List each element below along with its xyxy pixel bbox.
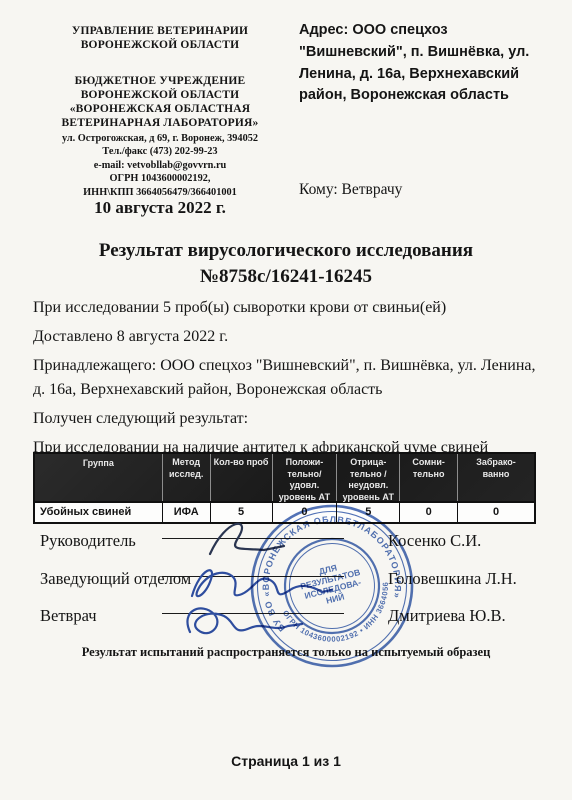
table-header-count: Кол-во проб: [210, 454, 272, 501]
org-inn-kpp: ИНН\КПП 3664056479/366401001: [38, 186, 282, 199]
body-line-result-intro: Получен следующий результат:: [33, 407, 547, 431]
results-table: Группа Метод исслед. Кол-во проб Положи-…: [33, 452, 536, 524]
signature-line: [162, 576, 344, 577]
recipient-address: Адрес: ООО спецхоз "Вишневский", п. Вишн…: [299, 20, 541, 107]
table-header-positive: Положи- тельно/ удовл. уровень АТ: [272, 454, 337, 501]
recipient-to: Кому: Ветврачу: [299, 181, 402, 199]
table-header-group: Группа: [35, 454, 162, 501]
table-row: Убойных свиней ИФА 5 0 5 0 0: [35, 501, 534, 522]
org-address: ул. Острогожская, д 69, г. Воронеж, 3940…: [38, 132, 282, 145]
signature-row-vet: Ветврач Дмитриева Ю.В.: [40, 606, 540, 632]
signature-name: Косенко С.И.: [388, 531, 481, 551]
table-cell-rejected: 0: [457, 503, 534, 522]
org-authority: УПРАВЛЕНИЕ ВЕТЕРИНАРИИ ВОРОНЕЖСКОЙ ОБЛАС…: [38, 24, 282, 52]
report-number: №8758с/16241-16245: [0, 264, 572, 290]
org-email: e-mail: vetvobllab@govvrn.ru: [38, 159, 282, 172]
signature-line: [162, 538, 344, 539]
disclaimer: Результат испытаний распространяется тол…: [0, 645, 572, 660]
table-cell-group: Убойных свиней: [35, 503, 162, 522]
table-header-row: Группа Метод исслед. Кол-во проб Положи-…: [35, 454, 534, 501]
signature-row-director: Руководитель Косенко С.И.: [40, 531, 540, 557]
signature-row-head-of-dept: Заведующий отделом Головешкина Л.Н.: [40, 569, 540, 595]
report-title: Результат вирусологического исследования…: [0, 238, 572, 289]
signature-line: [162, 613, 344, 614]
table-cell-positive: 0: [272, 503, 337, 522]
signature-name: Дмитриева Ю.В.: [388, 606, 506, 626]
org-phone: Тел./факс (473) 202-99-23: [38, 145, 282, 158]
org-ogrn: ОГРН 1043600002192,: [38, 172, 282, 185]
signature-role: Ветврач: [40, 606, 97, 626]
table-header-doubtful: Сомни- тельно: [399, 454, 457, 501]
signature-name: Головешкина Л.Н.: [388, 569, 517, 589]
table-header-negative: Отрица- тельно / неудовл. уровень АТ: [336, 454, 399, 501]
body-line-owner: Принадлежащего: ООО спецхоз "Вишневский"…: [33, 354, 547, 402]
report-title-line: Результат вирусологического исследования: [0, 238, 572, 264]
signature-role: Руководитель: [40, 531, 136, 551]
table-cell-doubtful: 0: [399, 503, 457, 522]
body-line-delivered: Доставлено 8 августа 2022 г.: [33, 325, 547, 349]
table-cell-negative: 5: [336, 503, 399, 522]
body-line-samples: При исследовании 5 проб(ы) сыворотки кро…: [33, 296, 547, 320]
scanned-document: УПРАВЛЕНИЕ ВЕТЕРИНАРИИ ВОРОНЕЖСКОЙ ОБЛАС…: [0, 0, 572, 800]
letter-date: 10 августа 2022 г.: [38, 198, 282, 218]
signature-role: Заведующий отделом: [40, 569, 191, 589]
table-cell-method: ИФА: [162, 503, 210, 522]
org-institution: БЮДЖЕТНОЕ УЧРЕЖДЕНИЕ ВОРОНЕЖСКОЙ ОБЛАСТИ…: [38, 74, 282, 130]
table-header-rejected: Забрако- ванно: [457, 454, 534, 501]
table-cell-count: 5: [210, 503, 272, 522]
org-letterhead: УПРАВЛЕНИЕ ВЕТЕРИНАРИИ ВОРОНЕЖСКОЙ ОБЛАС…: [38, 24, 282, 199]
org-contact-block: ул. Острогожская, д 69, г. Воронеж, 3940…: [38, 132, 282, 199]
page-number: Страница 1 из 1: [0, 753, 572, 769]
table-header-method: Метод исслед.: [162, 454, 210, 501]
